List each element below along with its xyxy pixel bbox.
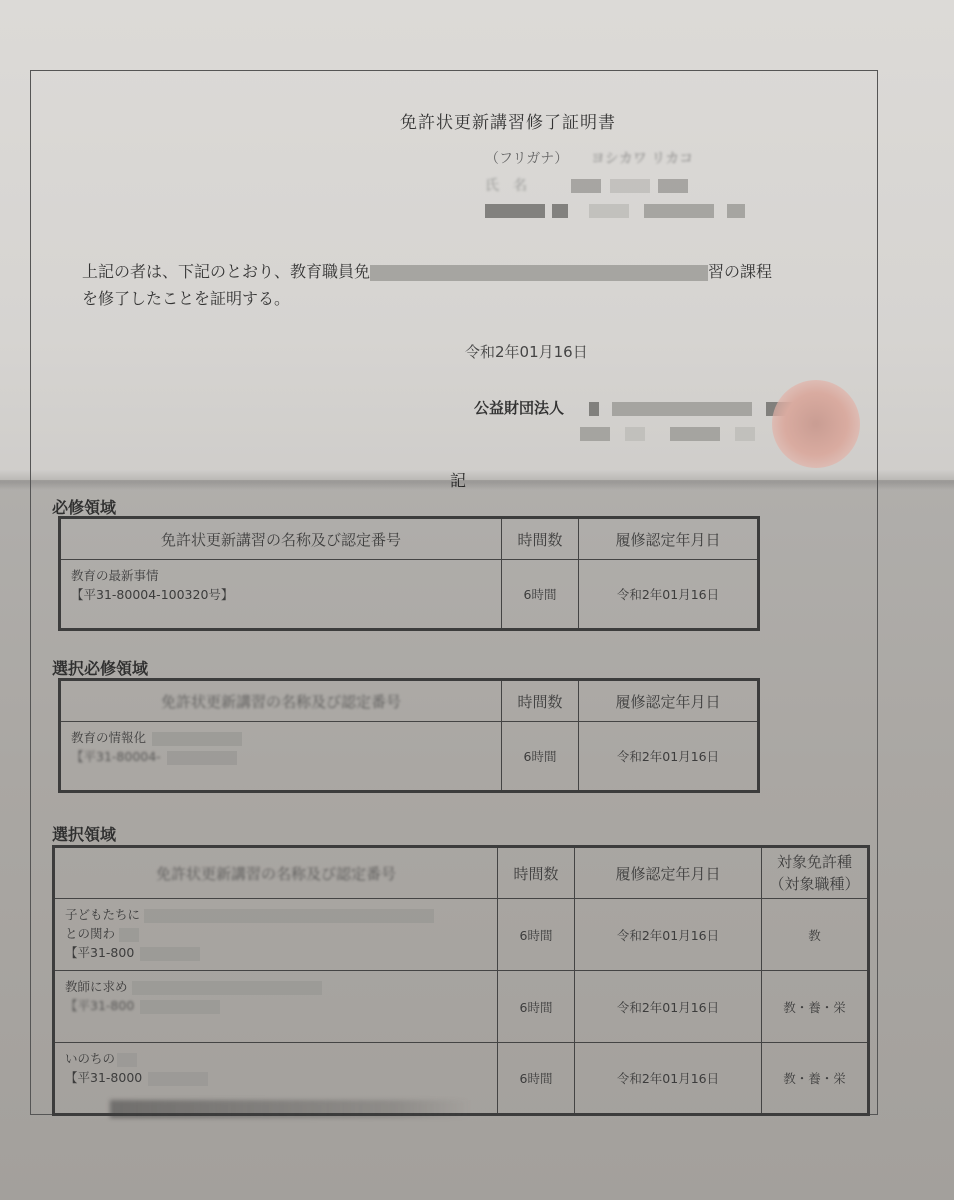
issue-date: 令和2年01月16日	[465, 341, 588, 362]
table-row: 教育の最新事情 【平31-80004-100320号】 6時間 令和2年01月1…	[60, 560, 759, 630]
certification-statement: 上記の者は、下記のとおり、教育職員免習の課程 を修了したことを証明する。	[82, 258, 872, 312]
target-license-cell: 教	[762, 899, 869, 971]
header-hours: 時間数	[498, 847, 575, 899]
header-course-name: 免許状更新講習の名称及び認定番号	[60, 518, 502, 560]
furigana-row: （フリガナ） ヨシカワ リカコ	[485, 148, 693, 168]
hours-cell: 6時間	[498, 1043, 575, 1115]
target-license-cell: 教・養・栄	[762, 971, 869, 1043]
section-heading-elective-required: 選択必修領域	[52, 656, 148, 679]
hours-cell: 6時間	[498, 899, 575, 971]
hours-cell: 6時間	[502, 722, 579, 792]
target-license-cell: 教・養・栄	[762, 1043, 869, 1115]
date-cell: 令和2年01月16日	[575, 899, 762, 971]
date-cell: 令和2年01月16日	[575, 971, 762, 1043]
redaction-smudge	[110, 1100, 470, 1118]
header-hours: 時間数	[502, 680, 579, 722]
redacted-issuer-representative	[580, 423, 755, 442]
header-course-name: 免許状更新講習の名称及び認定番号	[54, 847, 498, 899]
section-heading-elective: 選択領域	[52, 822, 116, 845]
header-date: 履修認定年月日	[579, 518, 759, 560]
redacted-name	[658, 179, 688, 193]
furigana-value: ヨシカワ リカコ	[591, 151, 693, 167]
official-seal	[772, 380, 860, 468]
header-date: 履修認定年月日	[575, 847, 762, 899]
course-cell: 教育の情報化 【平31-80004-	[60, 722, 502, 792]
issuer: 公益財団法人	[474, 397, 806, 418]
redacted-name	[610, 179, 650, 193]
table-row: 子どもたちに との関わ 【平31-800 6時間 令和2年01月16日 教	[54, 899, 869, 971]
name-label: 氏 名	[485, 178, 527, 194]
hours-cell: 6時間	[498, 971, 575, 1043]
course-cell: 教育の最新事情 【平31-80004-100320号】	[60, 560, 502, 630]
header-target-license: 対象免許種 （対象職種）	[762, 847, 869, 899]
redacted-birthdate	[485, 200, 745, 219]
table-row: 教育の情報化 【平31-80004- 6時間 令和2年01月16日	[60, 722, 759, 792]
redacted-name	[571, 179, 601, 193]
document-title: 免許状更新講習修了証明書	[400, 108, 616, 133]
header-hours: 時間数	[502, 518, 579, 560]
course-cell: 教師に求め 【平31-800	[54, 971, 498, 1043]
hours-cell: 6時間	[502, 560, 579, 630]
elective-required-table: 免許状更新講習の名称及び認定番号 時間数 履修認定年月日 教育の情報化 【平31…	[58, 678, 760, 793]
date-cell: 令和2年01月16日	[579, 560, 759, 630]
section-heading-required: 必修領域	[52, 495, 116, 518]
date-cell: 令和2年01月16日	[579, 722, 759, 792]
ki-label: 記	[450, 468, 466, 491]
redacted-text	[370, 265, 708, 281]
course-cell: 子どもたちに との関わ 【平31-800	[54, 899, 498, 971]
header-date: 履修認定年月日	[579, 680, 759, 722]
date-cell: 令和2年01月16日	[575, 1043, 762, 1115]
table-row: 教師に求め 【平31-800 6時間 令和2年01月16日 教・養・栄	[54, 971, 869, 1043]
name-row: 氏 名	[485, 175, 688, 195]
required-table: 免許状更新講習の名称及び認定番号 時間数 履修認定年月日 教育の最新事情 【平3…	[58, 516, 760, 631]
header-course-name: 免許状更新講習の名称及び認定番号	[60, 680, 502, 722]
elective-table: 免許状更新講習の名称及び認定番号 時間数 履修認定年月日 対象免許種 （対象職種…	[52, 845, 870, 1116]
furigana-label: （フリガナ）	[485, 151, 568, 167]
